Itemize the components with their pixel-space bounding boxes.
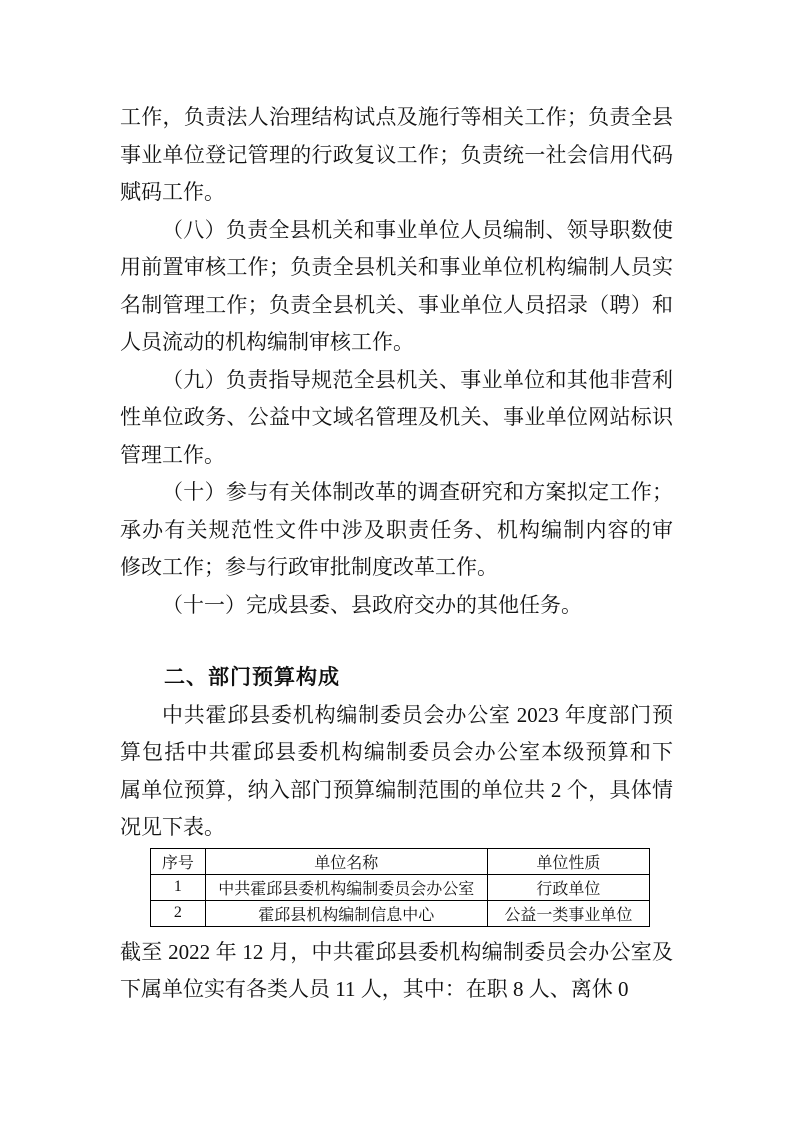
column-header-unit-name: 单位名称 — [205, 848, 487, 874]
cell-unit-name: 中共霍邱县委机构编制委员会办公室 — [205, 874, 487, 900]
paragraph-line: 用前置审核工作；负责全县机关和事业单位机构编制人员实 — [120, 249, 673, 287]
paragraph-line: 管理工作。 — [120, 437, 673, 475]
paragraph-line: 算包括中共霍邱县委机构编制委员会办公室本级预算和下 — [120, 734, 673, 772]
cell-serial-number: 2 — [151, 900, 206, 926]
paragraph-duty-11: （十一）完成县委、县政府交办的其他任务。 — [120, 587, 673, 625]
paragraph-line: 承办有关规范性文件中涉及职责任务、机构编制内容的审核、 — [120, 512, 673, 550]
paragraph-duties-continuation: 工作，负责法人治理结构试点及施行等相关工作；负责全县 事业单位登记管理的行政复议… — [120, 99, 673, 212]
table-row: 1 中共霍邱县委机构编制委员会办公室 行政单位 — [151, 874, 650, 900]
column-header-serial-number: 序号 — [151, 848, 206, 874]
paragraph-line: 名制管理工作；负责全县机关、事业单位人员招录（聘）和 — [120, 287, 673, 325]
column-header-unit-type: 单位性质 — [487, 848, 649, 874]
document-content: 工作，负责法人治理结构试点及施行等相关工作；负责全县 事业单位登记管理的行政复议… — [120, 99, 673, 1009]
paragraph-staff-summary: 截至 2022 年 12 月，中共霍邱县委机构编制委员会办公室及 下属单位实有各… — [120, 934, 673, 1009]
paragraph-duty-9: （九）负责指导规范全县机关、事业单位和其他非营利 性单位政务、公益中文域名管理及… — [120, 362, 673, 475]
table-header-row: 序号 单位名称 单位性质 — [151, 848, 650, 874]
paragraph-line: 况见下表。 — [120, 809, 673, 847]
cell-unit-name: 霍邱县机构编制信息中心 — [205, 900, 487, 926]
section-heading-budget-composition: 二、部门预算构成 — [120, 659, 673, 697]
paragraph-line: 中共霍邱县委机构编制委员会办公室 2023 年度部门预 — [120, 697, 673, 735]
paragraph-line: （八）负责全县机关和事业单位人员编制、领导职数使 — [120, 212, 673, 250]
paragraph-duty-8: （八）负责全县机关和事业单位人员编制、领导职数使 用前置审核工作；负责全县机关和… — [120, 212, 673, 362]
paragraph-line: 人员流动的机构编制审核工作。 — [120, 324, 673, 362]
paragraph-budget-intro: 中共霍邱县委机构编制委员会办公室 2023 年度部门预 算包括中共霍邱县委机构编… — [120, 697, 673, 847]
paragraph-line: 修改工作；参与行政审批制度改革工作。 — [120, 549, 673, 587]
paragraph-line: 下属单位实有各类人员 11 人，其中：在职 8 人、离休 0 — [120, 971, 673, 1009]
table-row: 2 霍邱县机构编制信息中心 公益一类事业单位 — [151, 900, 650, 926]
paragraph-line: 性单位政务、公益中文域名管理及机关、事业单位网站标识 — [120, 399, 673, 437]
paragraph-duty-10: （十）参与有关体制改革的调查研究和方案拟定工作； 承办有关规范性文件中涉及职责任… — [120, 474, 673, 587]
cell-unit-type: 行政单位 — [487, 874, 649, 900]
budget-units-table: 序号 单位名称 单位性质 1 中共霍邱县委机构编制委员会办公室 行政单位 2 霍… — [150, 848, 650, 927]
paragraph-line: 工作，负责法人治理结构试点及施行等相关工作；负责全县 — [120, 99, 673, 137]
cell-unit-type: 公益一类事业单位 — [487, 900, 649, 926]
paragraph-line: 截至 2022 年 12 月，中共霍邱县委机构编制委员会办公室及 — [120, 934, 673, 972]
paragraph-line: （十一）完成县委、县政府交办的其他任务。 — [120, 587, 673, 625]
document-page: 工作，负责法人治理结构试点及施行等相关工作；负责全县 事业单位登记管理的行政复议… — [0, 0, 793, 1122]
paragraph-line: 属单位预算，纳入部门预算编制范围的单位共 2 个，具体情 — [120, 772, 673, 810]
paragraph-line: （九）负责指导规范全县机关、事业单位和其他非营利 — [120, 362, 673, 400]
paragraph-line: （十）参与有关体制改革的调查研究和方案拟定工作； — [120, 474, 673, 512]
paragraph-line: 事业单位登记管理的行政复议工作；负责统一社会信用代码 — [120, 137, 673, 175]
paragraph-line: 赋码工作。 — [120, 174, 673, 212]
cell-serial-number: 1 — [151, 874, 206, 900]
